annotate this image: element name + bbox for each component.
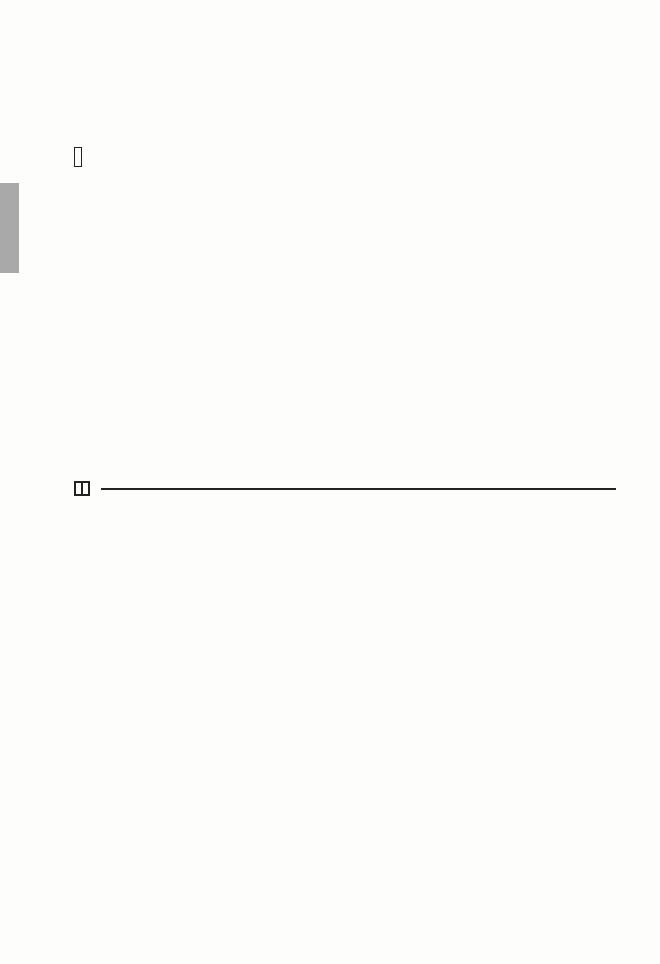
boxed-term	[74, 147, 82, 167]
heading-rule	[101, 488, 616, 490]
page-header	[62, 19, 90, 33]
vocab-heading	[74, 481, 616, 496]
vocab-category	[75, 510, 89, 526]
section-4-heading	[64, 148, 86, 166]
book-icon	[74, 481, 90, 496]
chapter-side-tab	[0, 183, 19, 273]
